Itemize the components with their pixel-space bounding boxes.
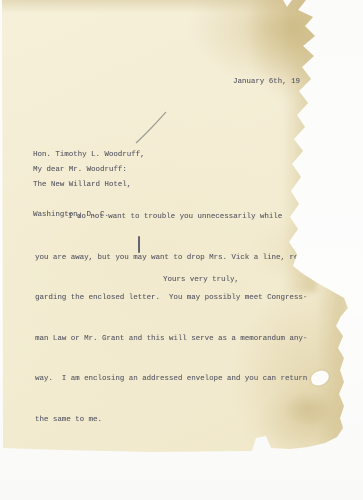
paper-hole — [310, 369, 331, 386]
body-line: man Law or Mr. Grant and this will serve… — [35, 333, 307, 347]
body-line: you are away, but you may want to drop M… — [35, 252, 307, 266]
tear-edge-stain-lower — [316, 284, 348, 446]
pencil-checkmark-mark — [125, 105, 185, 155]
body-paragraph: I do not want to trouble you unnecessari… — [35, 184, 307, 454]
body-line: way. I am enclosing an addressed envelop… — [35, 373, 307, 387]
date-line: January 6th, 19 — [233, 76, 300, 90]
photo-background: January 6th, 19 Hon. Timothy L. Woodruff… — [0, 0, 363, 500]
letter-paper: January 6th, 19 Hon. Timothy L. Woodruff… — [0, 0, 363, 500]
salutation: My dear Mr. Woodruff: — [33, 164, 127, 178]
typed-overstrike-bar — [138, 236, 140, 253]
closing-line: Yours very truly, — [163, 274, 239, 288]
body-line: I do not want to trouble you unnecessari… — [35, 211, 307, 225]
body-line: garding the enclosed letter. You may pos… — [35, 292, 307, 306]
body-line: the same to me. — [35, 414, 307, 428]
